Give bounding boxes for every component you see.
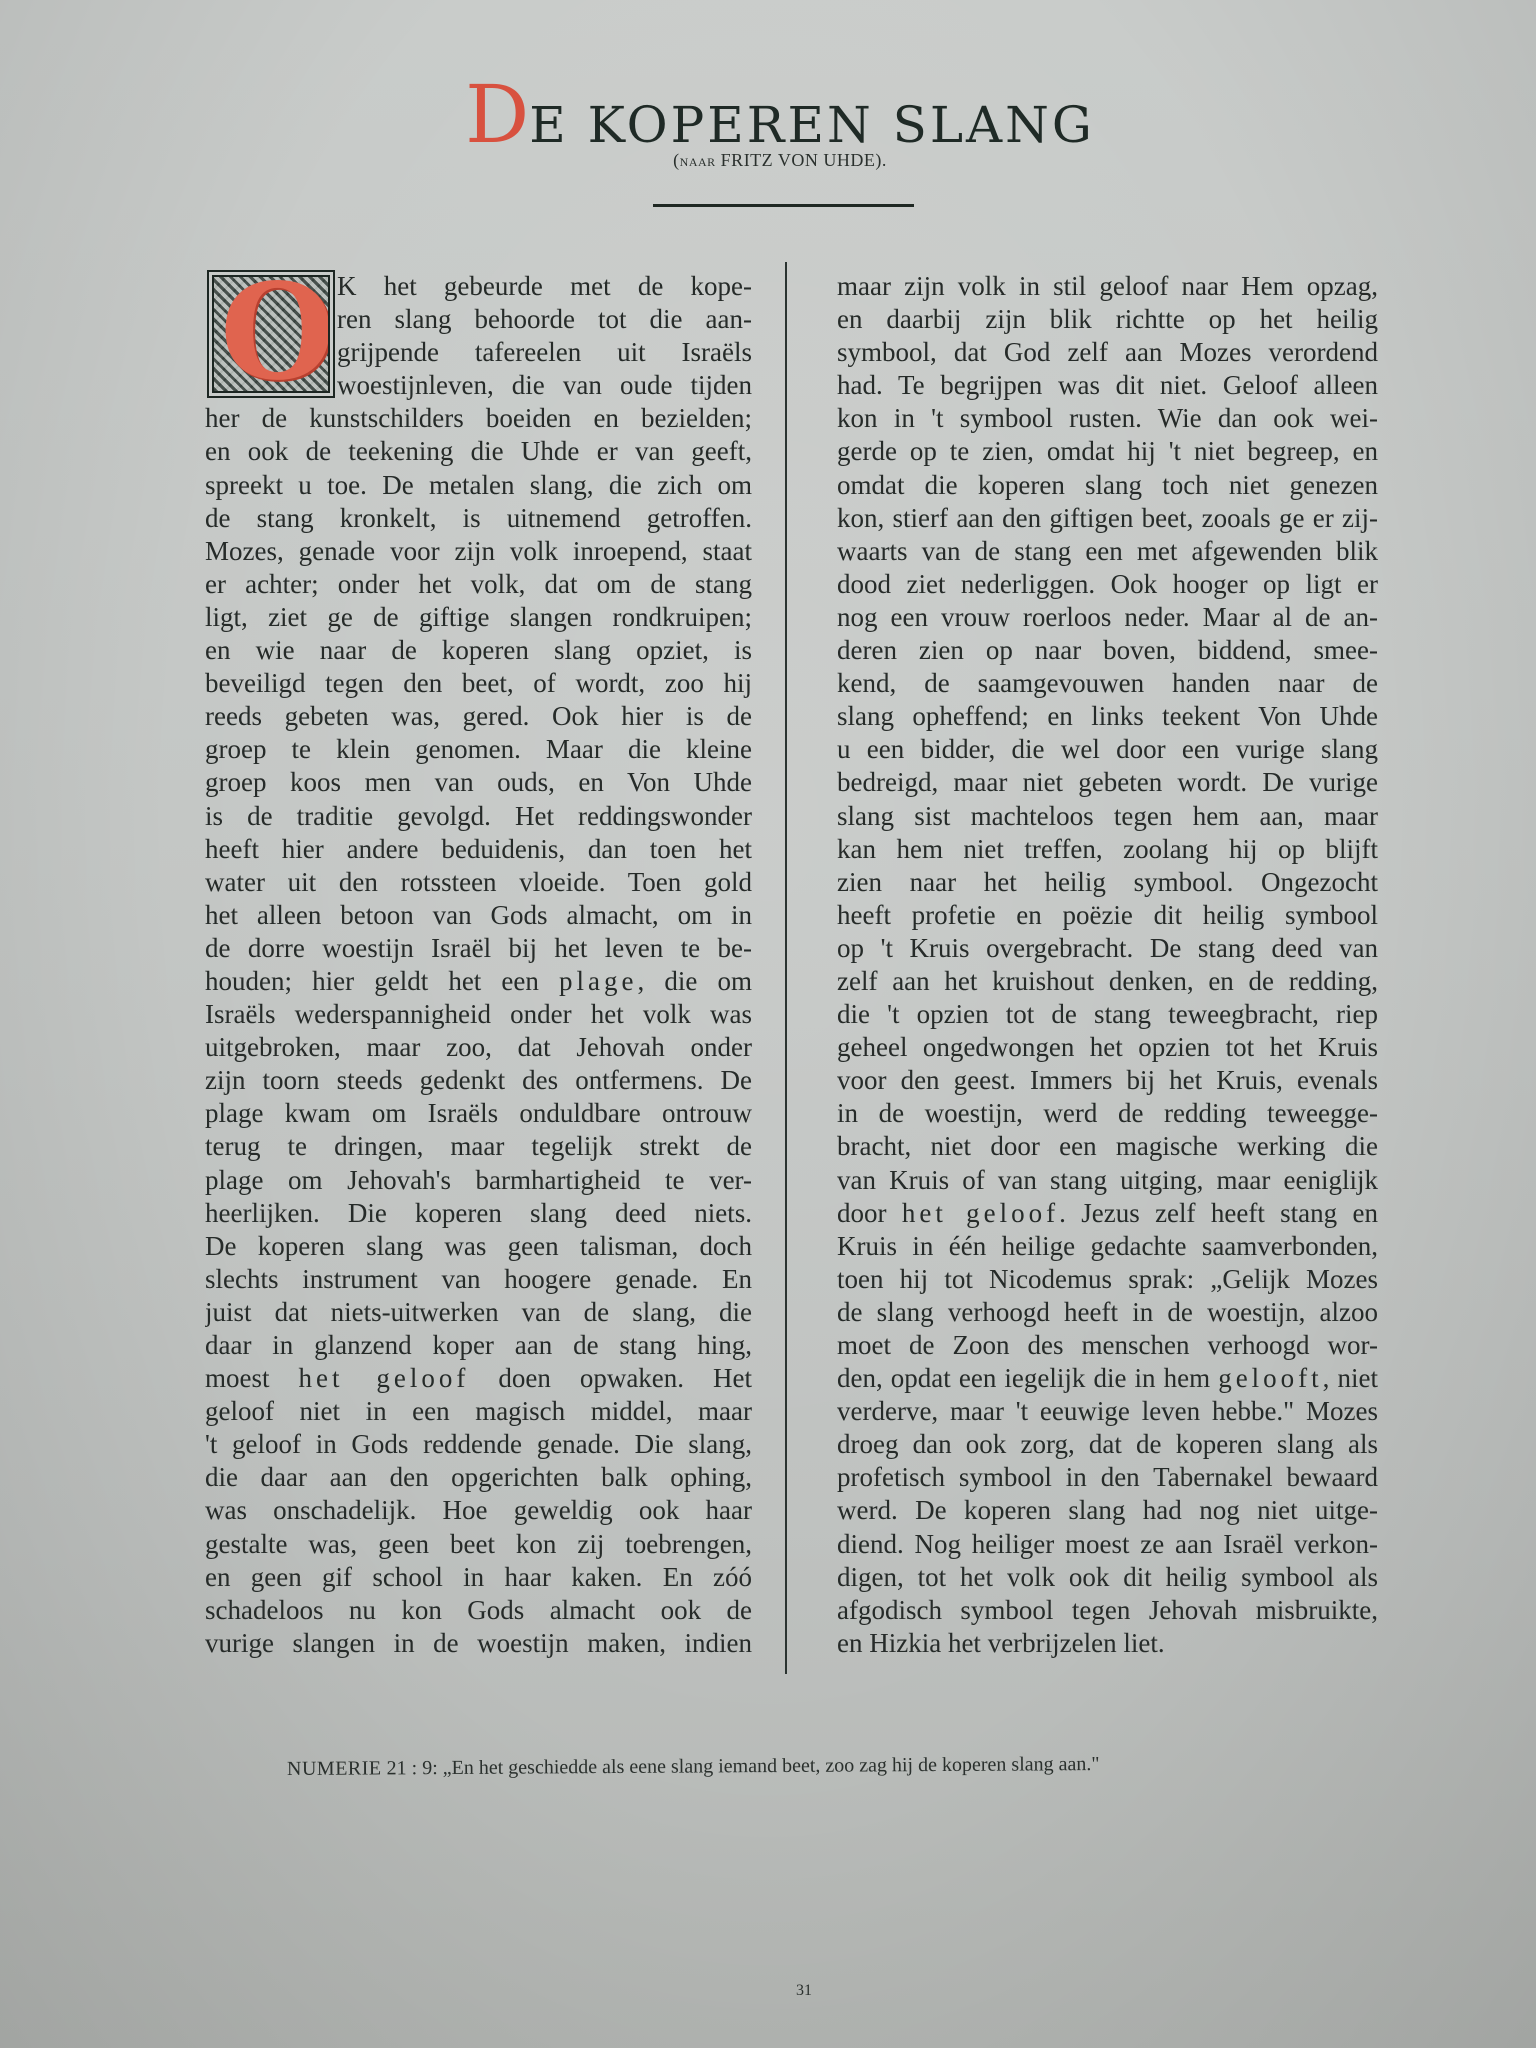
- text-line: bracht, niet door een magische werking d…: [837, 1130, 1378, 1163]
- text-line: door het geloof. Jezus zelf heeft stang …: [837, 1197, 1378, 1230]
- text-line: heeft profetie en poëzie dit heilig symb…: [837, 899, 1378, 932]
- text-line: Kruis in één heilige gedachte saamverbon…: [837, 1230, 1378, 1263]
- text-line: slechts instrument van hoogere genade. E…: [205, 1263, 752, 1296]
- text-line: zijn toorn steeds gedenkt des ontfermens…: [205, 1064, 752, 1097]
- text-line: kon, stierf aan den giftigen beet, zooal…: [837, 502, 1378, 535]
- text-line: maar zijn volk in stil geloof naar Hem o…: [837, 270, 1378, 303]
- text-line: die 't opzien tot de stang teweegbracht,…: [837, 998, 1378, 1031]
- footnote-verse: 21 : 9:: [382, 1757, 443, 1779]
- text-line: en wie naar de koperen slang opziet, is: [205, 634, 752, 667]
- text-line: K het gebeurde met de kope-: [337, 270, 752, 303]
- text-line: geheel ongedwongen het opzien tot het Kr…: [837, 1031, 1378, 1064]
- text-line: houden; hier geldt het een plage, die om: [205, 965, 752, 998]
- text-line: heeft hier andere beduidenis, dan toen h…: [205, 833, 752, 866]
- text-line: vurige slangen in de woestijn maken, ind…: [205, 1627, 752, 1660]
- text-line: gerde op te zien, omdat hij 't niet begr…: [837, 435, 1378, 468]
- text-line: kend, de saamgevouwen handen naar de: [837, 667, 1378, 700]
- right-column: maar zijn volk in stil geloof naar Hem o…: [837, 270, 1378, 1660]
- text-line: de slang verhoogd heeft in de woestijn, …: [837, 1296, 1378, 1329]
- text-line: heerlijken. Die koperen slang deed niets…: [205, 1197, 752, 1230]
- text-line: den, opdat een iegelijk die in hem geloo…: [837, 1362, 1378, 1395]
- text-line: het alleen betoon van Gods almacht, om i…: [205, 899, 752, 932]
- text-line: er achter; onder het volk, dat om de sta…: [205, 568, 752, 601]
- text-line: die daar aan den opgerichten balk ophing…: [205, 1461, 752, 1494]
- text-line: was onschadelijk. Hoe geweldig ook haar: [205, 1494, 752, 1527]
- text-line: groep te klein genomen. Maar die kleine: [205, 733, 752, 766]
- text-line: De koperen slang was geen talisman, doch: [205, 1230, 752, 1263]
- text-line: kon in 't symbool rusten. Wie dan ook we…: [837, 402, 1378, 435]
- text-line: Israëls wederspannigheid onder het volk …: [205, 998, 752, 1031]
- text-line: dood ziet nederliggen. Ook hooger op lig…: [837, 568, 1378, 601]
- title-initial: D: [465, 68, 529, 161]
- text-line: woestijnleven, die van oude tijden: [337, 369, 752, 402]
- text-line: daar in glanzend koper aan de stang hing…: [205, 1329, 752, 1362]
- text-line: omdat die koperen slang toch niet geneze…: [837, 469, 1378, 502]
- text-line: kan hem niet treffen, zoolang hij op bli…: [837, 833, 1378, 866]
- page-number: 31: [796, 1982, 812, 2000]
- text-line: 't geloof in Gods reddende genade. Die s…: [205, 1428, 752, 1461]
- text-line: Mozes, genade voor zijn volk inroepend, …: [205, 535, 752, 568]
- title-rest: E KOPEREN SLANG: [529, 96, 1095, 154]
- title-rule: [653, 204, 914, 207]
- text-line: in de woestijn, werd de redding teweegge…: [837, 1097, 1378, 1130]
- text-line: reeds gebeten was, gered. Ook hier is de: [205, 700, 752, 733]
- text-line: uitgebroken, maar zoo, dat Jehovah onder: [205, 1031, 752, 1064]
- text-line: moet de Zoon des menschen verhoogd wor-: [837, 1329, 1378, 1362]
- text-line: en geen gif school in haar kaken. En zóó: [205, 1561, 752, 1594]
- text-line: digen, tot het volk ook dit heilig symbo…: [837, 1561, 1378, 1594]
- text-line: afgodisch symbool tegen Jehovah misbruik…: [837, 1594, 1378, 1627]
- text-line: her de kunstschilders boeiden en bezield…: [205, 402, 752, 435]
- text-line: werd. De koperen slang had nog niet uitg…: [837, 1494, 1378, 1527]
- column-divider: [785, 262, 787, 1674]
- text-line: grijpende tafereelen uit Israëls: [337, 336, 752, 369]
- text-line: deren zien op naar boven, biddend, smee-: [837, 634, 1378, 667]
- text-line: groep koos men van ouds, en Von Uhde: [205, 766, 752, 799]
- text-line: en Hizkia het verbrijzelen liet.: [837, 1627, 1378, 1660]
- text-line: zien naar het heilig symbool. Ongezocht: [837, 866, 1378, 899]
- text-line: had. Te begrijpen was dit niet. Geloof a…: [837, 369, 1378, 402]
- text-line: de dorre woestijn Israël bij het leven t…: [205, 932, 752, 965]
- footnote-scripture-reference: NUMERIE 21 : 9: „En het geschiedde als e…: [287, 1753, 1100, 1781]
- footnote-book: NUMERIE: [287, 1757, 382, 1780]
- text-line: schadeloos nu kon Gods almacht ook de: [205, 1594, 752, 1627]
- text-line: gestalte was, geen beet kon zij toebreng…: [205, 1528, 752, 1561]
- text-line: slang sist machteloos tegen hem aan, maa…: [837, 800, 1378, 833]
- footnote-quote: „En het geschiedde als eene slang iemand…: [443, 1753, 1100, 1779]
- text-line: water uit den rotssteen vloeide. Toen go…: [205, 866, 752, 899]
- text-line: toen hij tot Nicodemus sprak: „Gelijk Mo…: [837, 1263, 1378, 1296]
- text-line: juist dat niets-uitwerken van de slang, …: [205, 1296, 752, 1329]
- text-line: symbool, dat God zelf aan Mozes verorden…: [837, 336, 1378, 369]
- page-title: DE KOPEREN SLANG: [0, 68, 1536, 161]
- text-line: ligt, ziet ge de giftige slangen rondkru…: [205, 601, 752, 634]
- text-line: voor den geest. Immers bij het Kruis, ev…: [837, 1064, 1378, 1097]
- text-line: zelf aan het kruishout denken, en de red…: [837, 965, 1378, 998]
- subtitle: (NAAR FRITZ VON UHDE).: [0, 150, 1536, 171]
- text-line: geloof niet in een magisch middel, maar: [205, 1395, 752, 1428]
- text-line: bedreigd, maar niet gebeten wordt. De vu…: [837, 766, 1378, 799]
- text-line: verderve, maar 't eeuwige leven hebbe." …: [837, 1395, 1378, 1428]
- text-line: de stang kronkelt, is uitnemend getroffe…: [205, 502, 752, 535]
- text-line: moest het geloof doen opwaken. Het: [205, 1362, 752, 1395]
- text-line: is de traditie gevolgd. Het reddingswond…: [205, 800, 752, 833]
- text-line: spreekt u toe. De metalen slang, die zic…: [205, 469, 752, 502]
- text-line: diend. Nog heiliger moest ze aan Israël …: [837, 1528, 1378, 1561]
- subtitle-main: FRITZ VON UHDE).: [716, 150, 887, 170]
- text-line: en daarbij zijn blik richtte op het heil…: [837, 303, 1378, 336]
- text-line: ren slang behoorde tot die aan-: [337, 303, 752, 336]
- text-line: van Kruis of van stang uitging, maar een…: [837, 1164, 1378, 1197]
- text-line: droeg dan ook zorg, dat de koperen slang…: [837, 1428, 1378, 1461]
- text-line: beveiligd tegen den beet, of wordt, zoo …: [205, 667, 752, 700]
- text-line: terug te dringen, maar tegelijk strekt d…: [205, 1130, 752, 1163]
- left-column: K het gebeurde met de kope-ren slang beh…: [205, 270, 752, 1660]
- text-line: slang opheffend; en links teekent Von Uh…: [837, 700, 1378, 733]
- text-line: u een bidder, die wel door een vurige sl…: [837, 733, 1378, 766]
- text-line: op 't Kruis overgebracht. De stang deed …: [837, 932, 1378, 965]
- text-line: nog een vrouw roerloos neder. Maar al de…: [837, 601, 1378, 634]
- text-line: plage kwam om Israëls onduldbare ontrouw: [205, 1097, 752, 1130]
- text-line: en ook de teekening die Uhde er van geef…: [205, 435, 752, 468]
- text-line: plage om Jehovah's barmhartigheid te ver…: [205, 1164, 752, 1197]
- text-line: waarts van de stang een met afgewenden b…: [837, 535, 1378, 568]
- text-line: profetisch symbool in den Tabernakel bew…: [837, 1461, 1378, 1494]
- subtitle-smallcaps: NAAR: [680, 155, 716, 169]
